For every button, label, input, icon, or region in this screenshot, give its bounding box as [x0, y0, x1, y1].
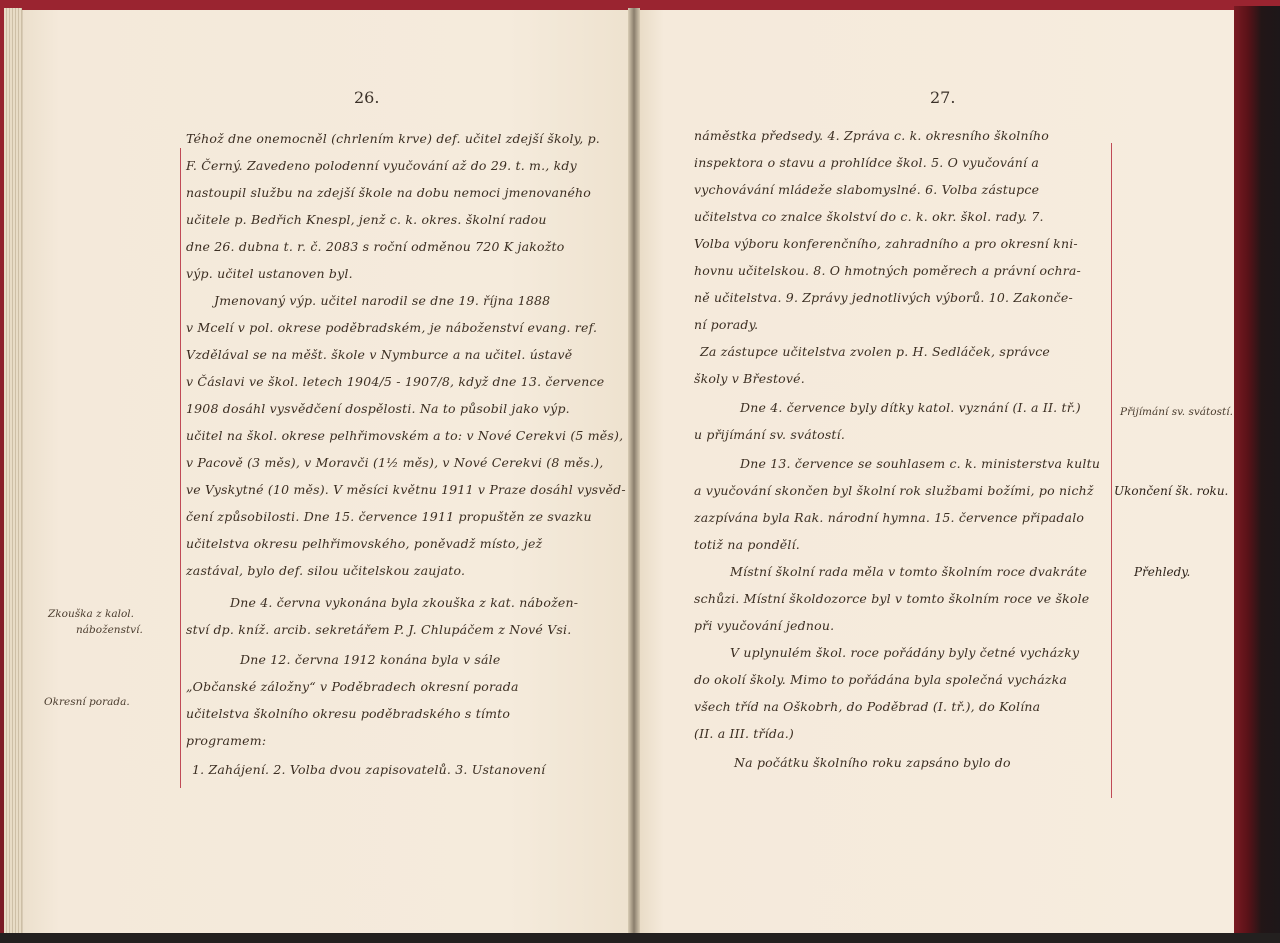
text-line: učitelstva okresu pelhřimovského, poněva… [186, 536, 542, 551]
page-number-left: 26. [354, 88, 379, 107]
text-line: Dne 4. června vykonána byla zkouška z ka… [230, 595, 578, 610]
margin-note-overviews: Přehledy. [1134, 565, 1190, 579]
text-line: v Pacově (3 měs), v Moravči (1½ měs), v … [186, 455, 603, 470]
text-line: ve Vyskytné (10 měs). V měsíci květnu 19… [186, 482, 626, 497]
text-line: programem: [186, 733, 266, 748]
text-line: totiž na pondělí. [694, 537, 800, 552]
text-line: čení způsobilosti. Dne 15. července 1911… [186, 509, 592, 524]
text-line: všech tříd na Oškobrh, do Poděbrad (I. t… [694, 699, 1040, 714]
page-stack-edge [4, 8, 22, 934]
text-line: Za zástupce učitelstva zvolen p. H. Sedl… [700, 344, 1050, 359]
text-line: u přijímání sv. svátostí. [694, 427, 845, 442]
text-line: inspektora o stavu a prohlídce škol. 5. … [694, 155, 1039, 170]
margin-note-district-meeting: Okresní porada. [44, 696, 130, 708]
text-line: dne 26. dubna t. r. č. 2083 s roční odmě… [186, 239, 564, 254]
text-line: Na počátku školního roku zapsáno bylo do [734, 755, 1011, 770]
right-page [640, 10, 1234, 933]
text-line: Dne 4. července byly dítky katol. vyznán… [740, 400, 1081, 415]
text-line: v Čáslavi ve škol. letech 1904/5 - 1907/… [186, 374, 604, 389]
margin-note-exam: Zkouška z kalol. [48, 608, 134, 620]
text-line: ní porady. [694, 317, 758, 332]
text-line: ně učitelstva. 9. Zprávy jednotlivých vý… [694, 290, 1073, 305]
text-line: při vyučování jednou. [694, 618, 834, 633]
text-line: V uplynulém škol. roce pořádány byly čet… [730, 645, 1079, 660]
margin-note-communion: Přijímání sv. svátostí. [1120, 406, 1233, 418]
left-page [22, 10, 629, 933]
text-line: učitel na škol. okrese pelhřimovském a t… [186, 428, 623, 443]
margin-note-exam-2: náboženství. [76, 624, 143, 636]
text-line: Dne 12. června 1912 konána byla v sále [240, 652, 500, 667]
left-margin-rule [180, 148, 181, 788]
text-line: „Občanské záložny“ v Poděbradech okresní… [186, 679, 519, 694]
text-line: (II. a III. třída.) [694, 726, 794, 741]
text-line: a vyučování skončen byl školní rok služb… [694, 483, 1094, 498]
text-line: Dne 13. července se souhlasem c. k. mini… [740, 456, 1100, 471]
background-strip [0, 933, 1280, 943]
text-line: do okolí školy. Mimo to pořádána byla sp… [694, 672, 1067, 687]
text-line: náměstka předsedy. 4. Zpráva c. k. okres… [694, 128, 1049, 143]
text-line: Místní školní rada měla v tomto školním … [730, 564, 1087, 579]
text-line: schůzi. Místní školdozorce byl v tomto š… [694, 591, 1089, 606]
text-line: Volba výboru konferenčního, zahradního a… [694, 236, 1078, 251]
text-line: školy v Břestové. [694, 371, 805, 386]
page-number-right: 27. [930, 88, 955, 107]
text-line: nastoupil službu na zdejší škole na dobu… [186, 185, 591, 200]
text-line: ství dp. kníž. arcib. sekretářem P. J. C… [186, 622, 571, 637]
right-margin-rule [1111, 143, 1112, 798]
text-line: vychovávání mládeže slabomyslné. 6. Volb… [694, 182, 1039, 197]
book-gutter [628, 8, 640, 935]
text-line: 1908 dosáhl vysvědčení dospělosti. Na to… [186, 401, 570, 416]
text-line: v Mcelí v pol. okrese poděbradském, je n… [186, 320, 597, 335]
text-line: F. Černý. Zavedeno polodenní vyučování a… [186, 158, 577, 173]
book-cover-right-edge [1234, 6, 1280, 935]
text-line: Jmenovaný výp. učitel narodil se dne 19.… [214, 293, 550, 308]
text-line: Téhož dne onemocněl (chrlením krve) def.… [186, 131, 600, 146]
text-line: výp. učitel ustanoven byl. [186, 266, 353, 281]
text-line: učitelstva co znalce školství do c. k. o… [694, 209, 1044, 224]
text-line: hovnu učitelskou. 8. O hmotných poměrech… [694, 263, 1081, 278]
text-line: učitele p. Bedřich Knespl, jenž c. k. ok… [186, 212, 547, 227]
text-line: zazpívána byla Rak. národní hymna. 15. č… [694, 510, 1084, 525]
text-line: zastával, bylo def. silou učitelskou zau… [186, 563, 465, 578]
text-line: 1. Zahájení. 2. Volba dvou zapisovatelů.… [192, 762, 545, 777]
text-line: učitelstva školního okresu poděbradského… [186, 706, 510, 721]
margin-note-end-of-year: Ukončení šk. roku. [1114, 484, 1228, 498]
text-line: Vzdělával se na měšt. škole v Nymburce a… [186, 347, 572, 362]
